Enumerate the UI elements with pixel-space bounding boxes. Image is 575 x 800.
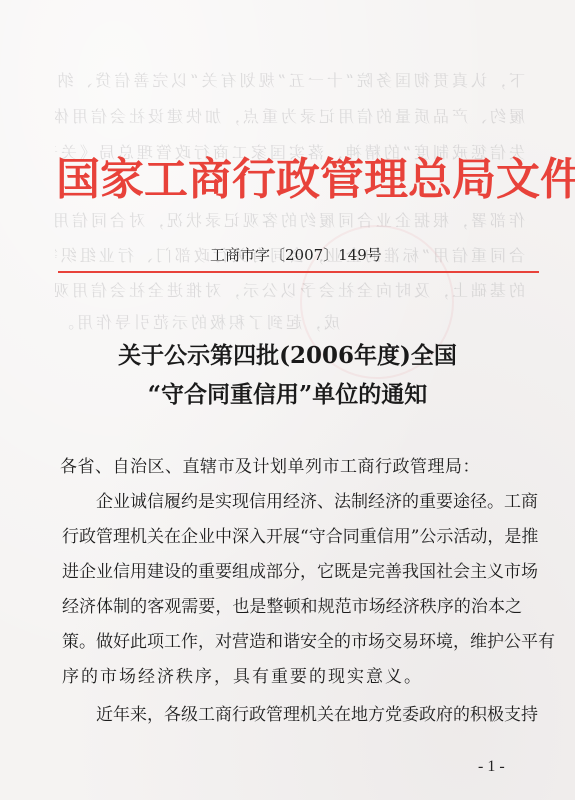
body-line: 行政管理机关在企业中深入开展“守合同重信用”公示活动，是推 [62,522,522,547]
notice-title-line-1: 关于公示第四批(2006年度)全国 [0,337,575,370]
issuer-header: 国家工商行政管理总局文件 [56,152,526,208]
bleed-through-line: 履约、产品质量的信用记录为重点，加快建设社会信用体系，健全 [55,104,525,127]
bleed-through-line: 的基础上，及时向全社会予以公示，对推进全社会信用观念的形 [55,278,525,301]
salutation: 各省、自治区、直辖市及计划单列市工商行政管理局： [60,452,480,477]
bleed-through-line: 作部署，根据企业合同履约的客观记录状况，对合同信用达到“守 [55,208,525,231]
document-page: 下，认真贯彻国务院“十一五”规划有关“以完善信贷、纳税、合同 履约、产品质量的信… [0,0,575,800]
page-number: - 1 - [478,758,505,776]
document-number: 工商市字〔2007〕149号 [210,244,382,265]
body-line: 进企业信用建设的重要组成部分，它既是完善我国社会主义市场 [62,557,522,582]
body-line: 策。做好此项工作，对营造和谐安全的市场交易环境，维护公平有 [62,627,522,652]
red-divider-rule [58,271,539,273]
notice-title-line-2: “守合同重信用”单位的通知 [0,376,575,409]
body-line: 企业诚信履约是实现信用经济、法制经济的重要途径。工商 [96,487,522,512]
bleed-through-line: 下，认真贯彻国务院“十一五”规划有关“以完善信贷、纳税、合同 [55,68,525,91]
bleed-through-line: 成，起到了积极的示范引导作用。 [55,310,525,333]
body-line: 近年来，各级工商行政管理机关在地方党委政府的积极支持 [96,700,522,725]
body-line: 经济体制的客观需要，也是整顿和规范市场经济秩序的治本之 [62,592,522,617]
body-line: 序的市场经济秩序，具有重要的现实意义。 [62,662,522,687]
